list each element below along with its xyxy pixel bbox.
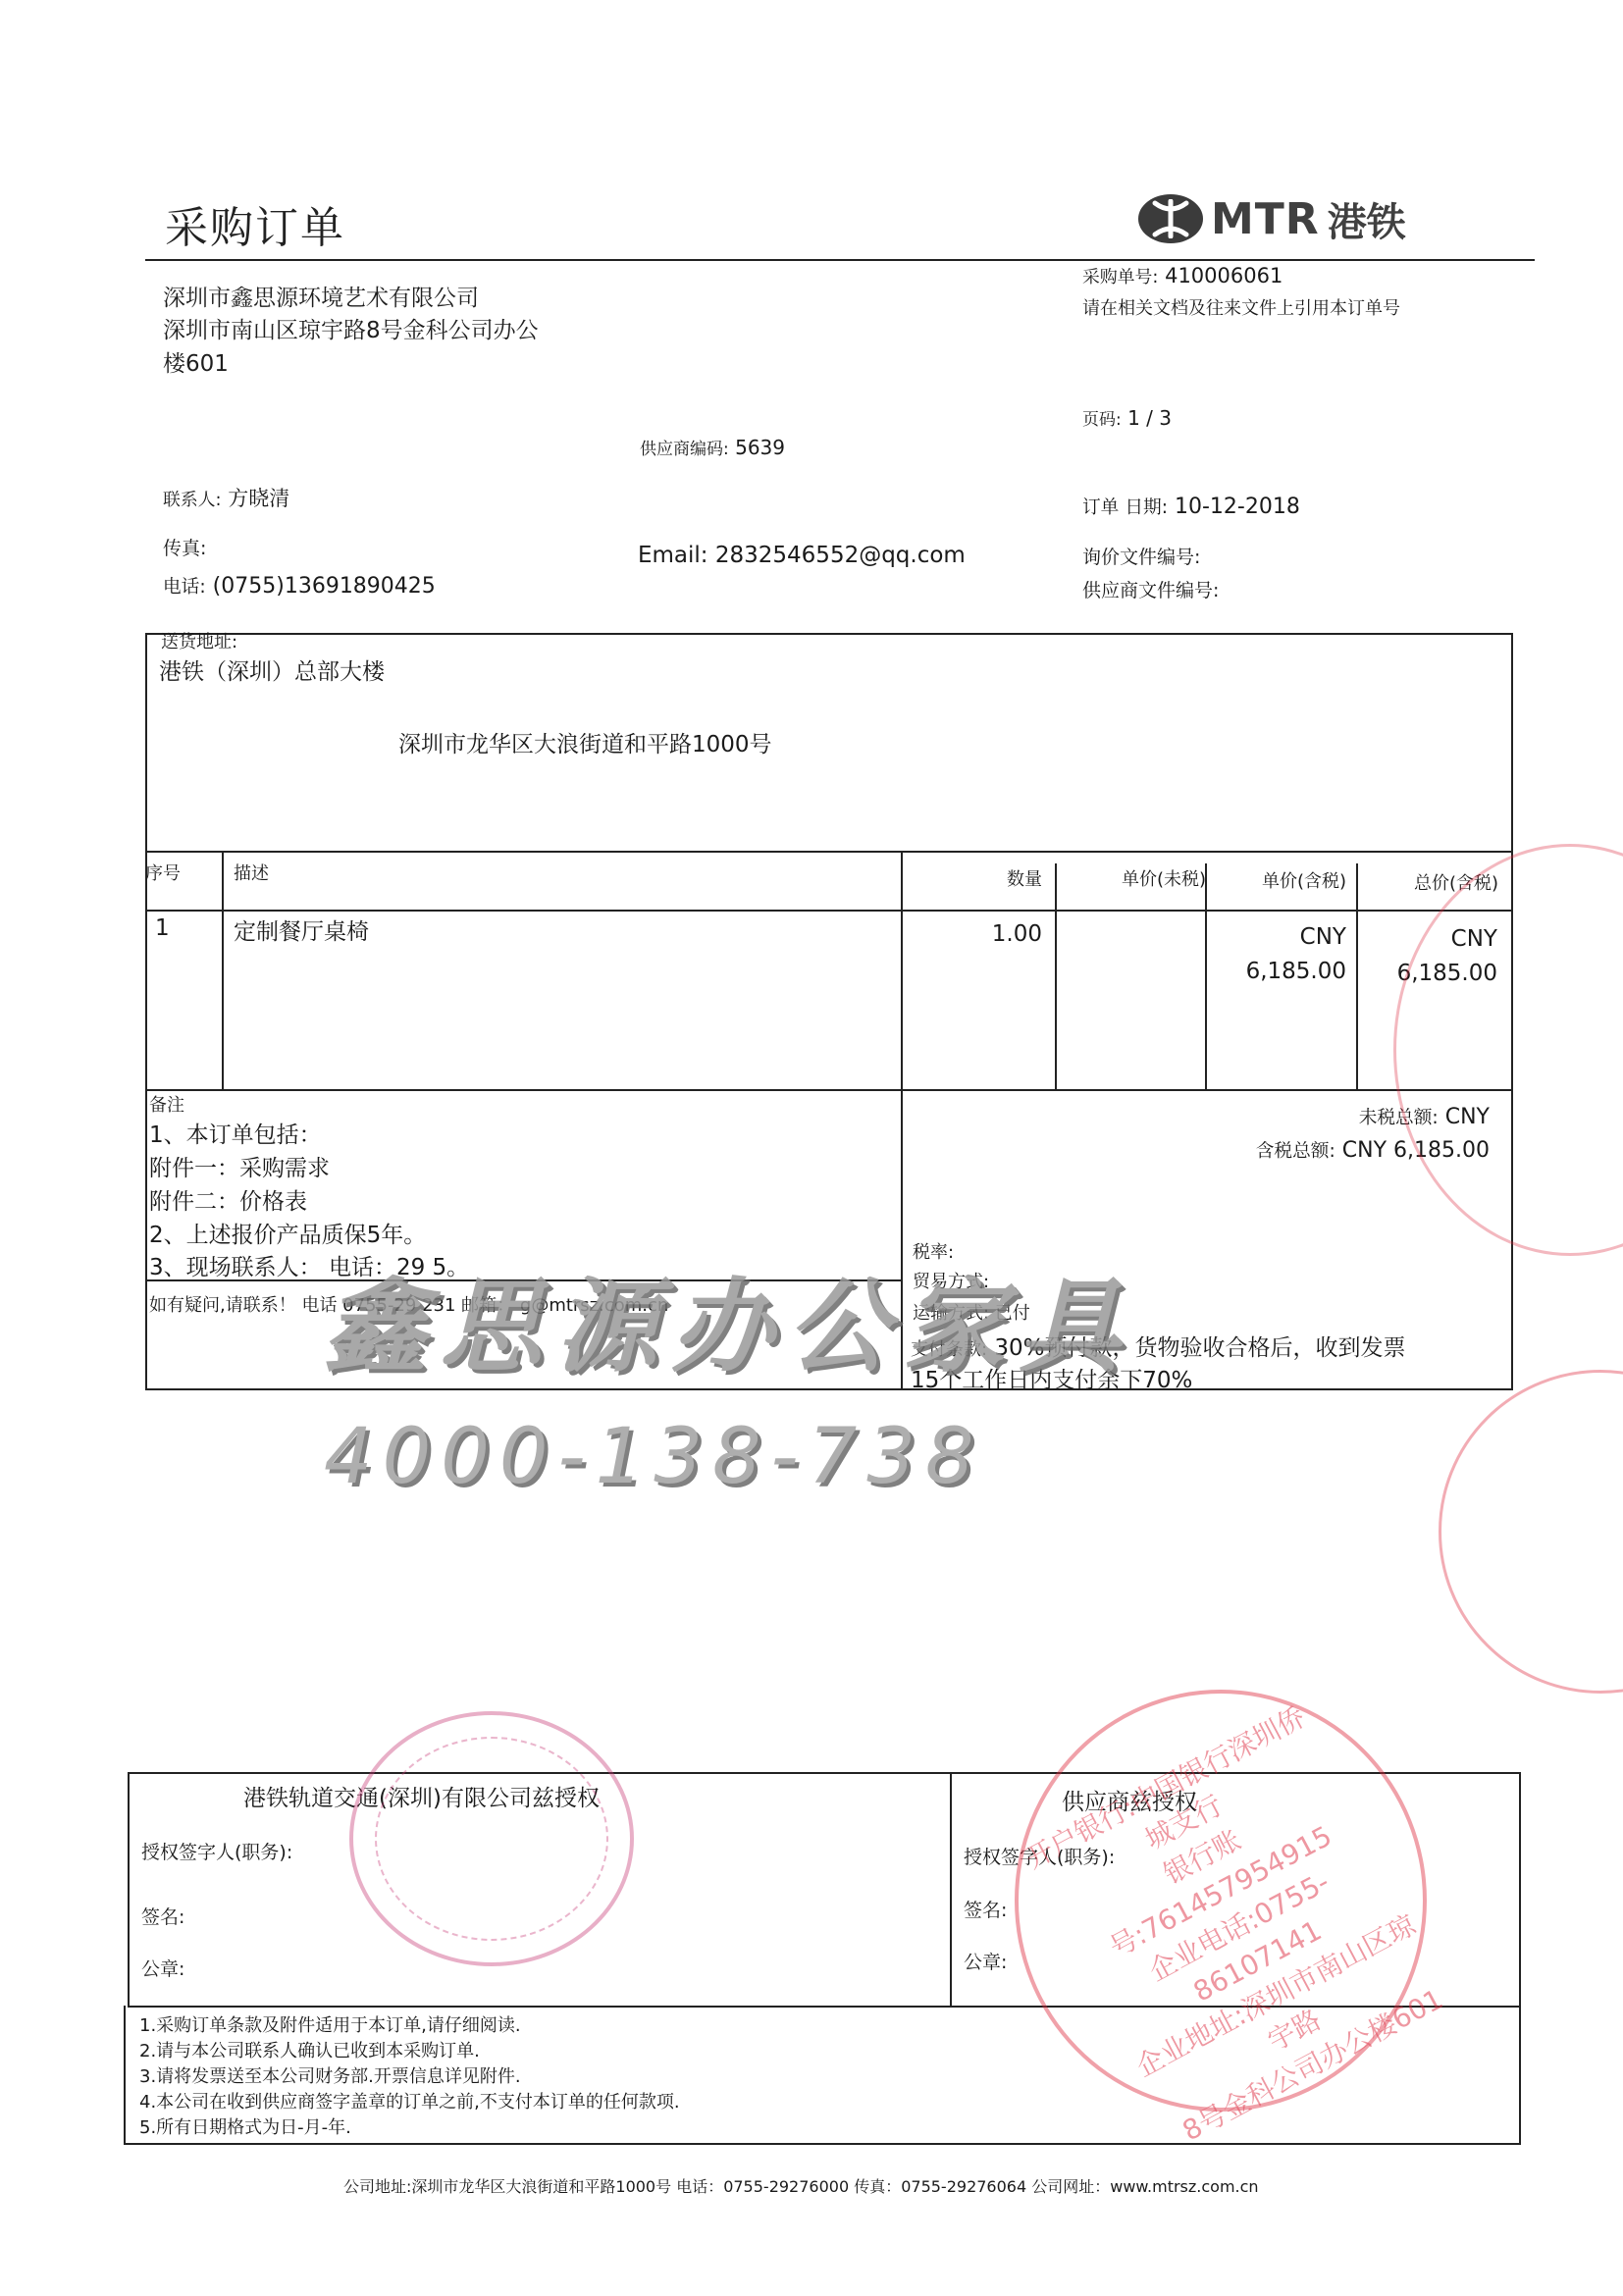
- divider: [1055, 863, 1057, 1089]
- footnote: 1.采购订单条款及附件适用于本订单,请仔细阅读.: [139, 2011, 521, 2037]
- footnote: 2.请与本公司联系人确认已收到本采购订单.: [139, 2037, 480, 2062]
- contact-person: 联系人: 方晓清: [163, 483, 289, 512]
- row-no: 1: [155, 915, 170, 941]
- shipping-address: 深圳市龙华区大浪街道和平路1000号: [398, 726, 772, 758]
- divider: [1205, 863, 1207, 1089]
- row-quantity: 1.00: [992, 921, 1042, 947]
- mtr-logo-icon: [1138, 194, 1203, 243]
- mtr-signer-field: 授权签字人(职务):: [141, 1838, 292, 1864]
- column-header-unit-price-excl: 单价(未税): [1122, 865, 1206, 891]
- mtr-authorization-title: 港铁轨道交通(深圳)有限公司兹授权: [243, 1780, 600, 1812]
- page-number: 页码: 1 / 3: [1082, 405, 1172, 430]
- supplier-name: 深圳市鑫思源环境艺术有限公司: [163, 280, 479, 312]
- row-total-currency: CNY: [1451, 926, 1497, 952]
- supplier-address-line1: 深圳市南山区琼宇路8号金科公司办公: [163, 312, 539, 344]
- contact-value: 方晓清: [228, 487, 289, 510]
- total-label: 含税总额:: [1256, 1141, 1335, 1162]
- supplier-signer-field: 授权签字人(职务):: [964, 1843, 1115, 1869]
- email-value: 2832546552@qq.com: [715, 543, 966, 568]
- footnote: 4.本公司在收到供应商签字盖章的订单之前,不支付本订单的任何款项.: [139, 2088, 680, 2113]
- divider: [145, 1089, 1513, 1091]
- fax-label: 传真:: [163, 538, 206, 559]
- watermark-text: 鑫思源办公家具: [324, 1244, 1134, 1391]
- footnote: 5.所有日期格式为日-月-年.: [139, 2113, 351, 2139]
- phone-label: 电话:: [163, 577, 206, 598]
- order-date-label: 订单 日期:: [1082, 497, 1168, 518]
- email: Email: 2832546552@qq.com: [638, 543, 966, 568]
- vendor-code: 供应商编码: 5639: [640, 435, 785, 459]
- row-unit-price-incl-currency: CNY: [1300, 924, 1346, 950]
- po-number-label: 采购单号:: [1082, 267, 1158, 287]
- subtotal-value: CNY: [1445, 1105, 1490, 1129]
- vendor-code-value: 5639: [735, 436, 785, 459]
- divider: [950, 1772, 952, 2008]
- column-header-unit-price-incl: 单价(含税): [1262, 867, 1346, 893]
- email-label: Email:: [638, 543, 708, 568]
- contact-label: 联系人:: [163, 490, 222, 510]
- row-description: 定制餐厅桌椅: [234, 913, 369, 946]
- row-total: 6,185.00: [1397, 961, 1497, 986]
- row-unit-price-incl: 6,185.00: [1246, 959, 1346, 984]
- header-divider: [145, 259, 1535, 261]
- column-header-no: 序号: [145, 860, 181, 885]
- po-number-value: 410006061: [1165, 264, 1283, 287]
- vendor-code-label: 供应商编码:: [640, 440, 729, 459]
- mtr-signature-field: 签名:: [141, 1903, 184, 1929]
- company-footer: 公司地址:深圳市龙华区大浪街道和平路1000号 电话：0755-29276000…: [343, 2174, 1259, 2197]
- subtotal-excl-tax: 未税总额: CNY: [1359, 1103, 1490, 1129]
- divider: [1356, 863, 1358, 1089]
- page-value: 1 / 3: [1127, 406, 1172, 430]
- divider: [222, 851, 224, 1089]
- notes-label: 备注: [149, 1091, 184, 1117]
- inquiry-doc-number: 询价文件编号:: [1082, 543, 1200, 569]
- watermark-phone: 4000-138-738: [324, 1413, 984, 1501]
- phone: 电话: (0755)13691890425: [163, 572, 436, 599]
- column-header-description: 描述: [234, 860, 269, 885]
- divider: [145, 910, 1513, 912]
- vendor-doc-number: 供应商文件编号:: [1082, 576, 1219, 602]
- logo-text: MTR: [1211, 194, 1320, 244]
- shipping-label: 送货地址:: [161, 628, 237, 653]
- order-date-value: 10-12-2018: [1175, 495, 1300, 519]
- supplier-signature-field: 签名:: [964, 1896, 1007, 1922]
- supplier-seal-field: 公章:: [964, 1948, 1007, 1974]
- subtotal-label: 未税总额:: [1359, 1108, 1439, 1128]
- total-incl-tax: 含税总额: CNY 6,185.00: [1256, 1136, 1490, 1163]
- divider: [145, 851, 1513, 853]
- total-value: CNY 6,185.00: [1342, 1138, 1490, 1163]
- column-header-total-incl: 总价(含税): [1414, 869, 1498, 895]
- mtr-stamp-partial: [1439, 1370, 1623, 1694]
- po-number: 采购单号: 410006061: [1082, 263, 1283, 288]
- page-title: 采购订单: [165, 192, 345, 255]
- footnote: 3.请将发票送至本公司财务部.开票信息详见附件.: [139, 2062, 521, 2088]
- note-line: 1、本订单包括：: [149, 1117, 322, 1149]
- mtr-logo: MTR 港铁: [1138, 190, 1406, 247]
- po-note: 请在相关文档及往来文件上引用本订单号: [1082, 294, 1400, 320]
- phone-value: (0755)13691890425: [213, 574, 436, 599]
- supplier-address-line2: 楼601: [163, 345, 229, 378]
- note-line: 附件二：价格表: [149, 1183, 307, 1216]
- column-header-quantity: 数量: [1007, 865, 1042, 891]
- note-line: 附件一：采购需求: [149, 1150, 330, 1182]
- logo-cn: 港铁: [1328, 191, 1406, 247]
- mtr-seal-field: 公章:: [141, 1955, 184, 1981]
- page-label: 页码:: [1082, 410, 1122, 430]
- fax: 传真:: [163, 534, 206, 560]
- order-date: 订单 日期: 10-12-2018: [1082, 493, 1300, 519]
- shipping-name: 港铁（深圳）总部大楼: [159, 653, 385, 686]
- supplier-authorization-title: 供应商兹授权: [1062, 1784, 1197, 1816]
